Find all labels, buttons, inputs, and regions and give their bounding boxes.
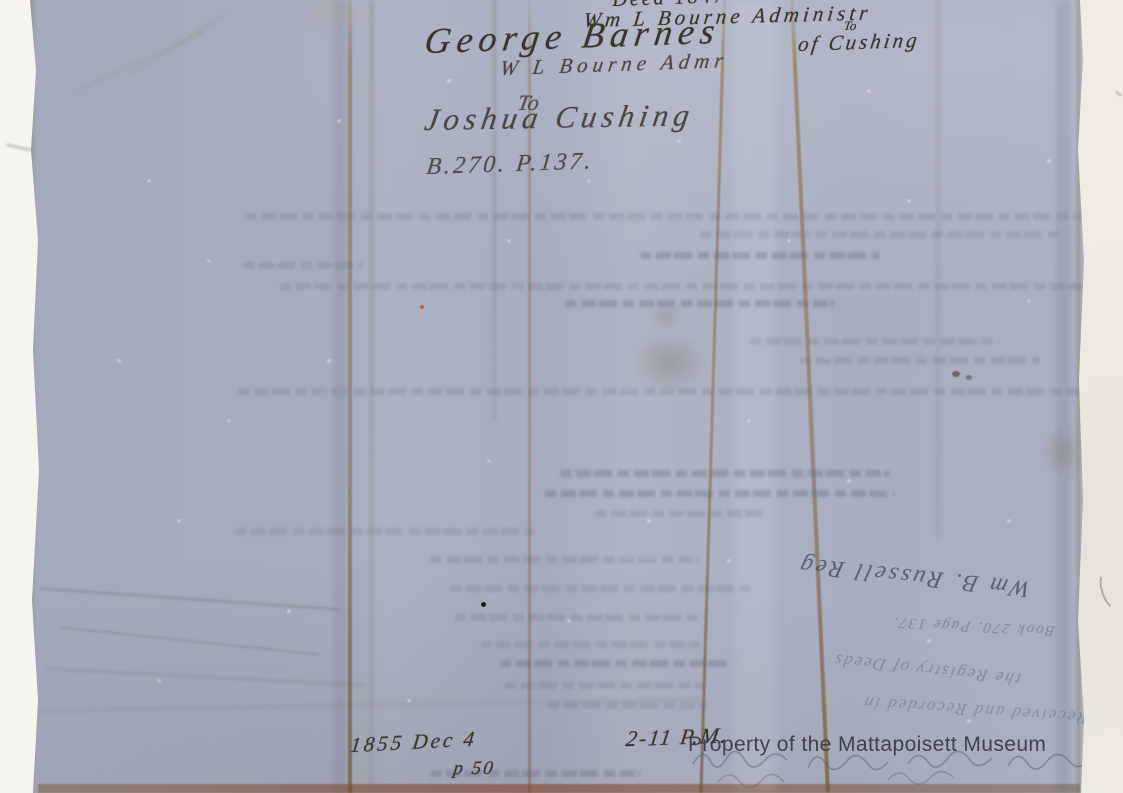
recording-date-handwriting: 1855 Dec 4 xyxy=(349,726,479,758)
wrinkle-line xyxy=(129,10,232,75)
registry-line-reversed: the Registry of Deeds xyxy=(733,639,1022,688)
grantee-name-handwriting: Joshua Cushing xyxy=(422,97,697,138)
margin-pencil-arc xyxy=(1095,568,1123,612)
book-page-reversed: Book 270. Page 137. xyxy=(844,611,1057,639)
fold-crease xyxy=(699,0,726,793)
wrinkle-line xyxy=(76,31,204,92)
fold-crease-shadow xyxy=(334,0,346,793)
wrinkle-line xyxy=(40,588,339,611)
paper-right-edge xyxy=(1075,0,1080,793)
scanned-deed-document: Deed 1847 Wm L Bourne Administr George B… xyxy=(0,0,1123,793)
register-signature-reversed: Wm B. Russell Reg xyxy=(742,545,1033,601)
fold-crease xyxy=(348,0,352,793)
fold-crease xyxy=(936,0,940,540)
wrinkle-line xyxy=(45,668,365,687)
ink-spot xyxy=(952,371,960,377)
fold-crease xyxy=(370,0,373,793)
margin-smudge xyxy=(6,143,32,151)
paper-left-edge xyxy=(28,0,36,793)
book-page-handwriting: B.270. P.137. xyxy=(425,148,595,181)
deed-paper-sheet: Deed 1847 Wm L Bourne Administr George B… xyxy=(28,0,1084,793)
ink-dot xyxy=(481,602,486,607)
red-speck xyxy=(420,305,424,309)
museum-watermark: Property of the Mattapoisett Museum xyxy=(688,733,1046,757)
ink-spot xyxy=(966,375,972,380)
right-panel-shadow xyxy=(1056,0,1070,793)
grantor-suffix-handwriting: of Cushing xyxy=(796,28,921,57)
fold-crease xyxy=(493,0,496,420)
received-line-reversed: Received and Recorded in xyxy=(698,681,1089,728)
margin-speck xyxy=(1115,90,1122,97)
fold-highlight xyxy=(734,0,776,793)
fold-crease xyxy=(790,0,830,792)
wrinkle-line xyxy=(61,626,320,655)
folio-handwriting: p 50 xyxy=(452,758,496,780)
paper-speckles xyxy=(28,0,30,2)
